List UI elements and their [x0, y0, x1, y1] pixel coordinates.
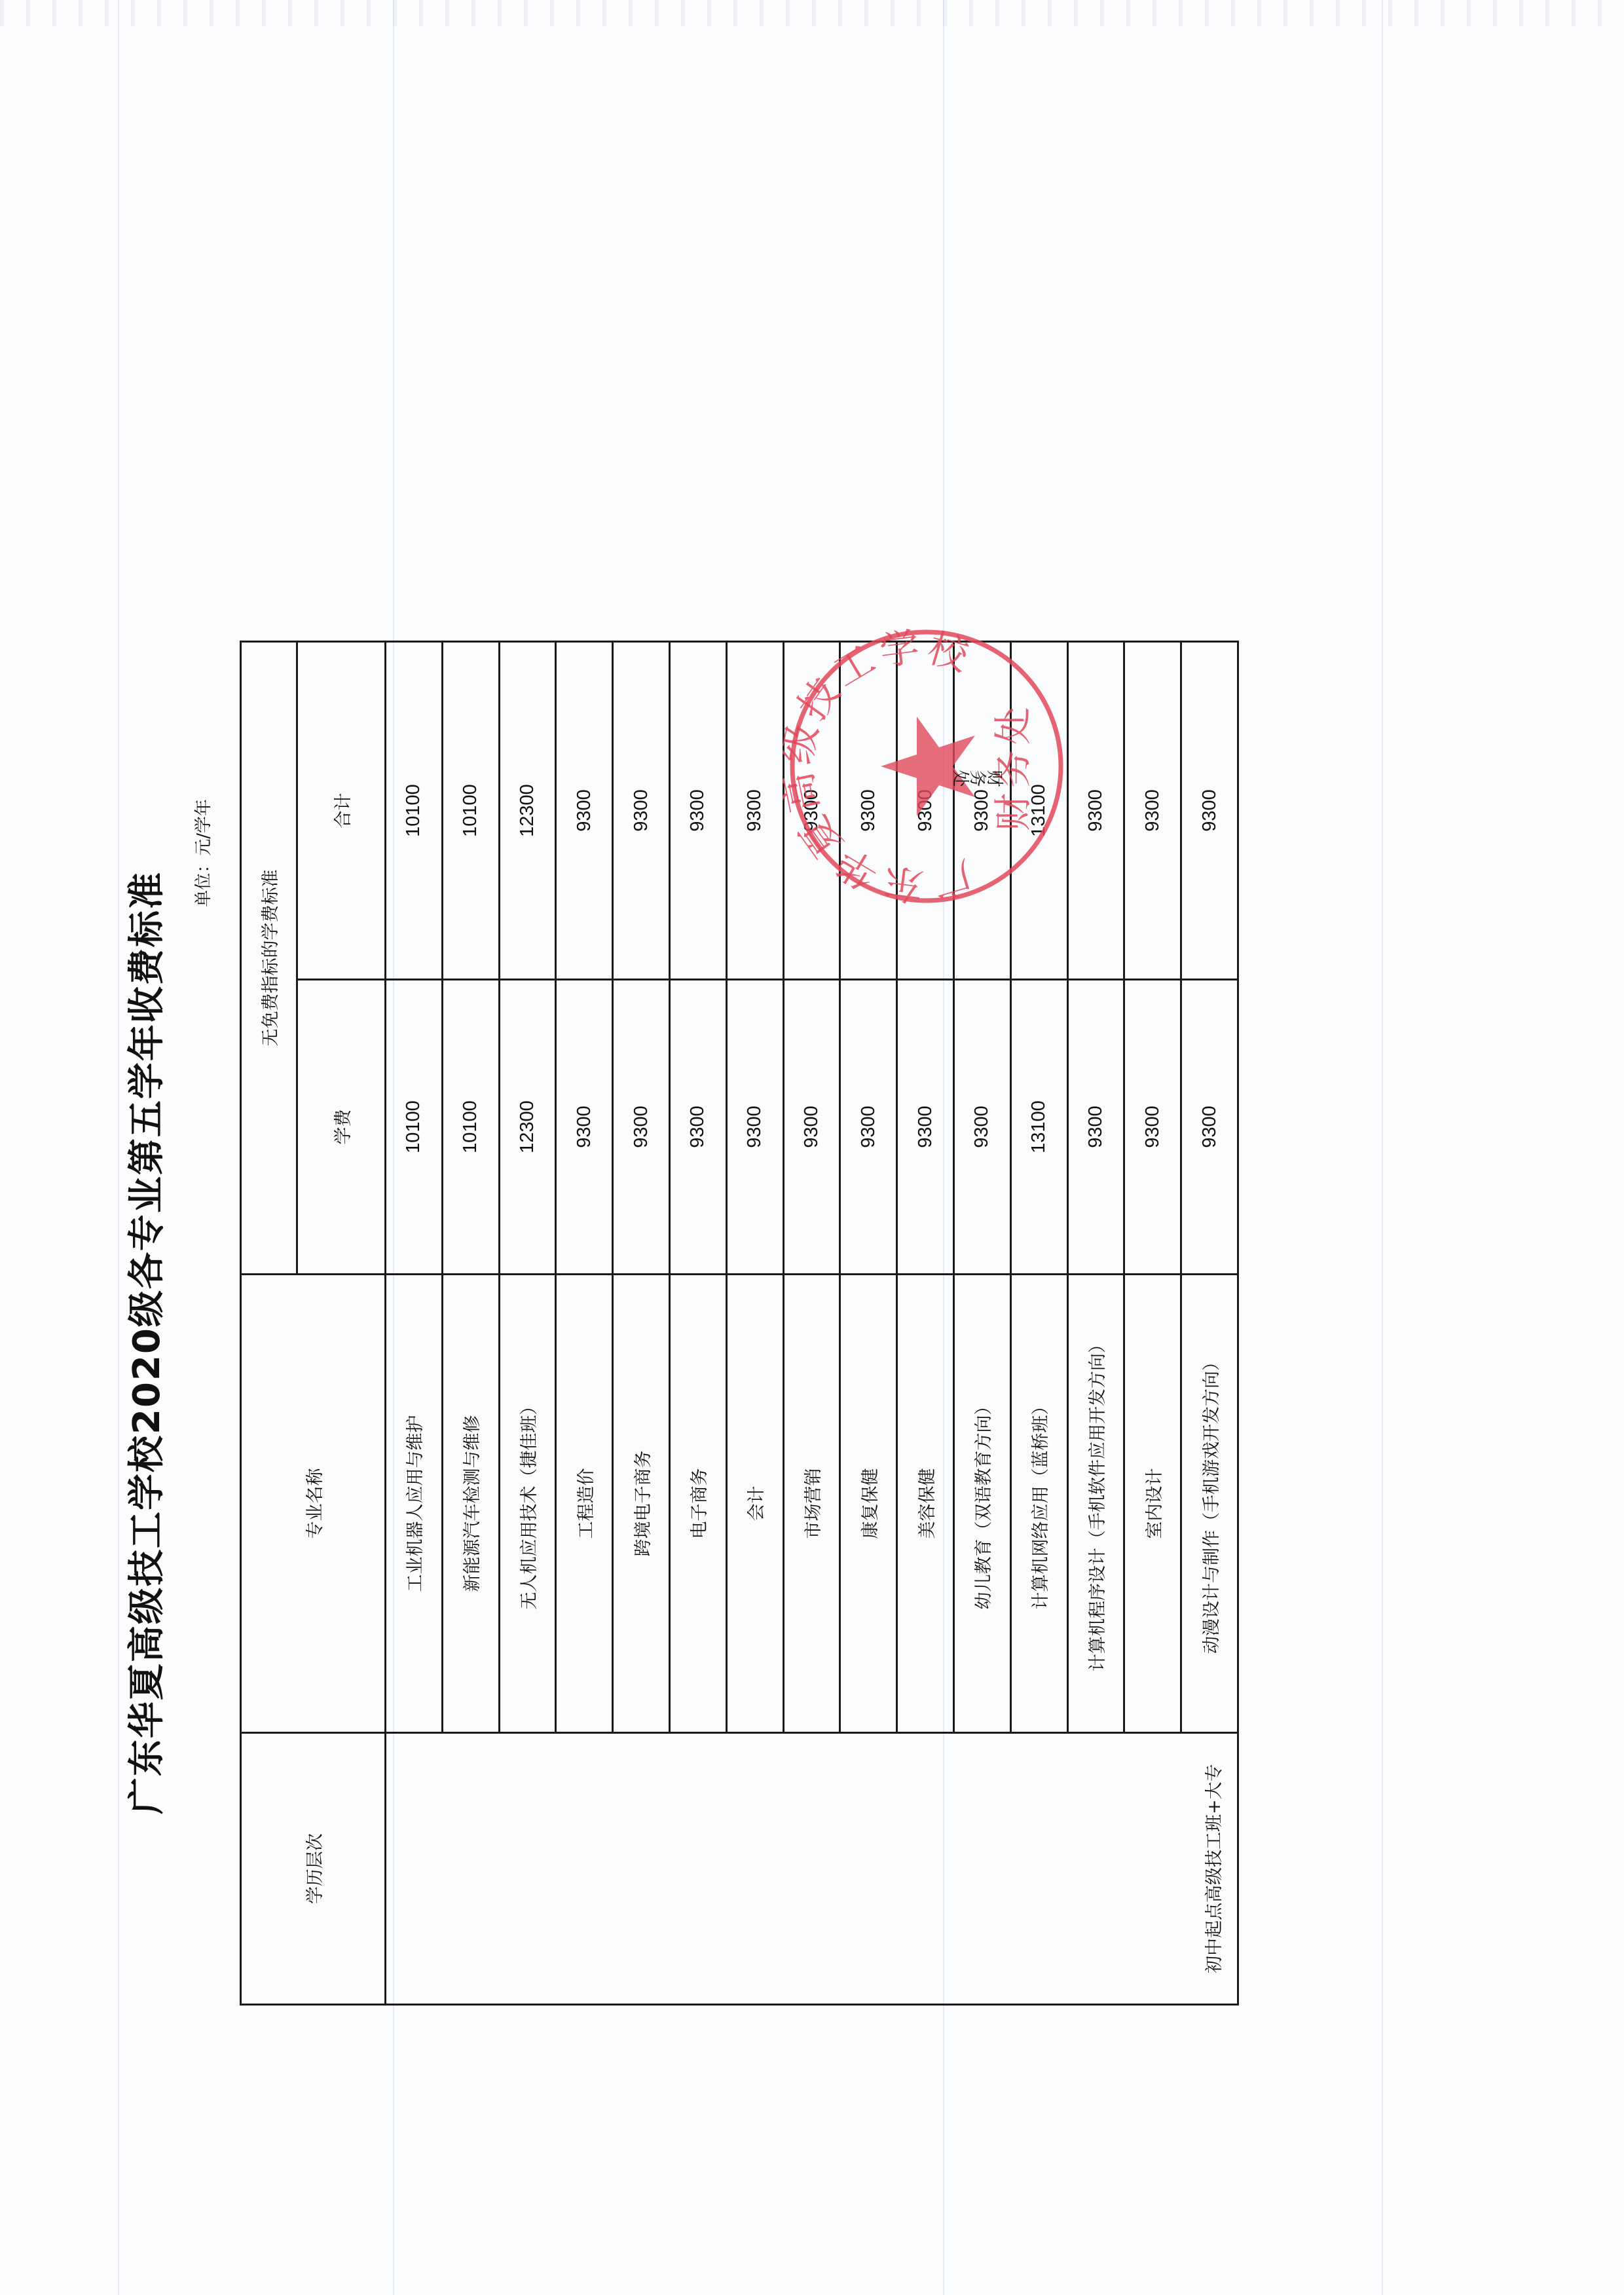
tuition-cell: 9300	[783, 980, 840, 1275]
major-name-cell: 幼儿教育（双语教育方向）	[953, 1275, 1010, 1733]
tuition-cell: 13100	[1010, 980, 1067, 1275]
tuition-cell: 9300	[953, 980, 1010, 1275]
major-name-cell: 美容保健	[897, 1275, 954, 1733]
major-name-cell: 动漫设计与制作（手机游戏开发方向）	[1181, 1275, 1238, 1733]
header-level: 学历层次	[241, 1733, 386, 2005]
major-name-cell: 跨境电子商务	[613, 1275, 670, 1733]
scan-streak	[1382, 0, 1383, 2295]
tuition-cell: 12300	[499, 980, 556, 1275]
total-cell: 9300	[897, 642, 954, 980]
scan-noise	[0, 0, 1624, 26]
major-name-cell: 会计	[726, 1275, 783, 1733]
major-name-cell: 电子商务	[669, 1275, 726, 1733]
tuition-cell: 9300	[556, 980, 613, 1275]
major-name-cell: 无人机应用技术（捷佳班）	[499, 1275, 556, 1733]
tuition-cell: 9300	[1067, 980, 1124, 1275]
major-name-cell: 新能源汽车检测与维修	[442, 1275, 499, 1733]
education-level-cell: 初中起点高级技工班+大专	[386, 1733, 1238, 2005]
tuition-cell: 9300	[840, 980, 897, 1275]
tuition-cell: 9300	[897, 980, 954, 1275]
rotated-document-page: 广东华夏高级技工学校2020级各专业第五学年收费标准 单位：元/学年 学历层次 …	[92, 622, 1244, 2063]
total-cell: 9300	[1124, 642, 1181, 980]
total-cell: 9300	[783, 642, 840, 980]
tuition-cell: 10100	[386, 980, 443, 1275]
tuition-cell: 9300	[1181, 980, 1238, 1275]
tuition-cell: 10100	[442, 980, 499, 1275]
stamp-signature-text: 财务处	[953, 765, 1004, 789]
table-row: 初中起点高级技工班+大专工业机器人应用与维护1010010100	[386, 642, 443, 2005]
total-cell: 9300	[1067, 642, 1124, 980]
total-cell: 9300	[613, 642, 670, 980]
major-name-cell: 工业机器人应用与维护	[386, 1275, 443, 1733]
major-name-cell: 工程造价	[556, 1275, 613, 1733]
major-name-cell: 室内设计	[1124, 1275, 1181, 1733]
total-cell: 13100	[1010, 642, 1067, 980]
header-total: 合计	[297, 642, 386, 980]
total-cell: 10100	[442, 642, 499, 980]
document-title: 广东华夏高级技工学校2020级各专业第五学年收费标准	[118, 622, 170, 2063]
total-cell: 12300	[499, 642, 556, 980]
tuition-cell: 9300	[726, 980, 783, 1275]
total-cell: 9300	[840, 642, 897, 980]
total-cell: 10100	[386, 642, 443, 980]
fee-table: 学历层次 专业名称 无免费指标的学费标准 学费 合计 初中起点高级技工班+大专工…	[240, 641, 1239, 2006]
total-cell: 9300	[669, 642, 726, 980]
tuition-cell: 9300	[1124, 980, 1181, 1275]
fee-table-body: 初中起点高级技工班+大专工业机器人应用与维护1010010100新能源汽车检测与…	[386, 642, 1238, 2005]
total-cell: 9300	[1181, 642, 1238, 980]
total-cell: 9300	[726, 642, 783, 980]
major-name-cell: 计算机程序设计（手机软件应用开发方向）	[1067, 1275, 1124, 1733]
header-tuition: 学费	[297, 980, 386, 1275]
total-cell: 9300	[953, 642, 1010, 980]
major-name-cell: 计算机网络应用（蓝桥班）	[1010, 1275, 1067, 1733]
total-cell: 9300	[556, 642, 613, 980]
tuition-cell: 9300	[669, 980, 726, 1275]
header-major: 专业名称	[241, 1275, 386, 1733]
major-name-cell: 康复保健	[840, 1275, 897, 1733]
major-name-cell: 市场营销	[783, 1275, 840, 1733]
unit-label: 单位：元/学年	[190, 799, 214, 907]
header-group: 无免费指标的学费标准	[241, 642, 297, 1275]
tuition-cell: 9300	[613, 980, 670, 1275]
